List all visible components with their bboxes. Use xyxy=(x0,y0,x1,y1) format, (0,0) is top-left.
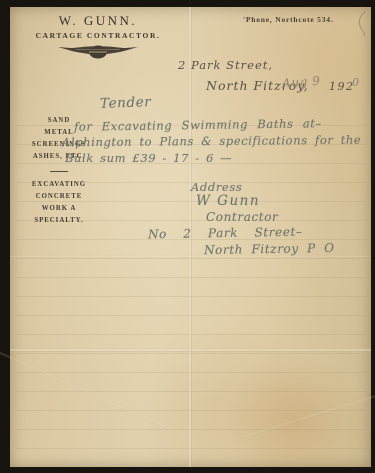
signature-name: W Gunn xyxy=(196,193,260,209)
sidebar-specialty-line: EXCAVATING xyxy=(18,179,100,191)
diagonal-wrinkle-right xyxy=(244,379,375,437)
letter-paper: W. GUNN. CARTAGE CONTRACTOR. 'Phone, Nor… xyxy=(10,7,371,467)
handwritten-year-digit: 0 xyxy=(352,76,360,89)
sidebar-specialty-line: WORK A xyxy=(18,203,100,215)
tender-sum-line: Bulk sum £39 - 17 - 6 — xyxy=(65,151,232,165)
tender-body-line: for Excavating Swimming Baths at– xyxy=(74,116,322,133)
sidebar-specialty-line: CONCRETE xyxy=(18,191,100,203)
signature-address-label: Address xyxy=(191,180,242,194)
handwritten-date: Aug 9 xyxy=(282,74,321,91)
sidebar-specialty-line: SPECIALTY. xyxy=(18,215,100,227)
printed-year-prefix: 192 xyxy=(329,80,355,93)
signature-role: Contractor xyxy=(206,210,278,224)
company-name: W. GUNN. xyxy=(28,13,168,29)
pencil-mark-icon xyxy=(354,10,368,38)
sidebar-divider xyxy=(50,171,68,172)
street-address-printed: 2 Park Street, xyxy=(178,58,273,72)
company-subtitle: CARTAGE CONTRACTOR. xyxy=(20,31,176,40)
signature-address-line1: No 2 Park Street– xyxy=(148,225,303,242)
tender-body-line: Alphington to Plans & specifications for… xyxy=(62,133,361,150)
winged-scroll-ornament-icon xyxy=(56,44,140,60)
horizontal-fold-crease xyxy=(10,348,371,352)
tender-heading: Tender xyxy=(100,94,152,112)
diagonal-wrinkle-left xyxy=(0,346,172,430)
signature-address-line2: North Fitzroy P O xyxy=(204,241,335,257)
horizontal-fold-crease-upper xyxy=(10,255,371,258)
